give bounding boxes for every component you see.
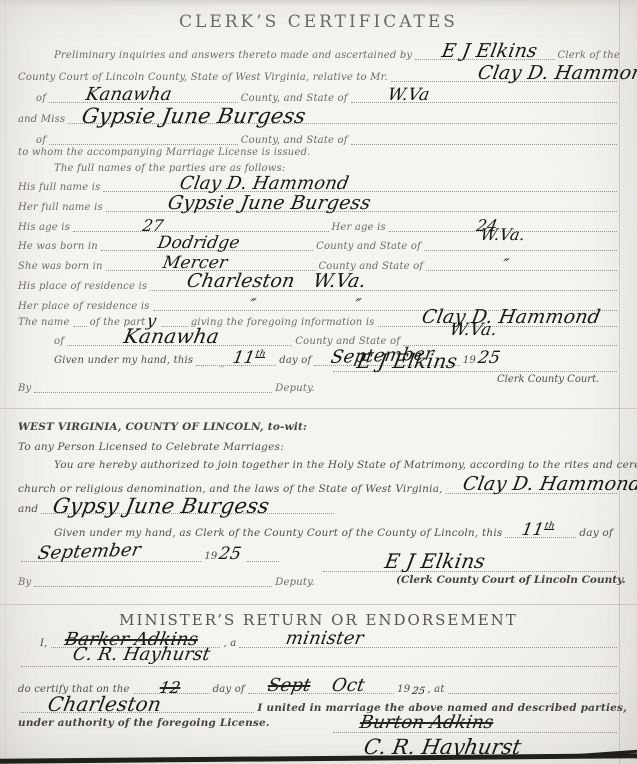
line-her-full-name: Her full name is Gypsie June Burgess	[18, 197, 620, 214]
blank-he-born-state: W.Va.	[424, 236, 617, 251]
line-authorized-1: You are hereby authorized to join togeth…	[54, 459, 620, 472]
clerks-certificates-title: CLERK’S CERTIFICATES	[0, 12, 637, 32]
blank-bride-state	[351, 130, 617, 145]
handwriting-bride-name-2: Gypsy June Burgess	[51, 494, 271, 518]
printed-by: By	[18, 383, 31, 396]
handwriting-informant-name: Clay D. Hammond	[420, 307, 602, 329]
page-edge-bottom	[0, 753, 637, 764]
line-informant: The name of the part y giving the forego…	[18, 311, 620, 329]
printed-and: and	[18, 503, 38, 516]
printed-19: 19	[397, 684, 410, 697]
signature-clerk: E J Elkins	[355, 350, 459, 373]
section-divider	[0, 604, 637, 605]
printed-her-age: Her age is	[332, 222, 386, 235]
printed-county-state-of: County and State of	[316, 241, 421, 254]
blank-minister-title: minister	[239, 633, 617, 648]
blank-small	[448, 679, 617, 694]
blank-his-age: 27	[73, 217, 328, 232]
blank-small	[73, 312, 87, 327]
line-preliminary: Preliminary inquiries and answers theret…	[54, 45, 620, 62]
printed-clerk-of-the: Clerk of the	[558, 50, 620, 63]
handwriting-his-residence: Charleston W.Va.	[185, 271, 368, 293]
handwriting-minister-title: minister	[284, 629, 365, 650]
line-and-bride-2: and Gypsy June Burgess	[18, 499, 337, 516]
blank-her-full-name: Gypsie June Burgess	[106, 197, 617, 212]
handwriting-informant-county: Kanawha	[122, 325, 221, 348]
blank-small	[247, 547, 279, 562]
line-to-any-person: To any Person Licensed to Celebrate Marr…	[18, 441, 284, 454]
blank-informant-county: Kanawha	[67, 331, 292, 346]
printed-clerk-lincoln-county: (Clerk County Court of Lincoln County.	[396, 574, 626, 586]
handwriting-informant-state: W.Va.	[448, 321, 499, 341]
blank-bride-county	[49, 130, 238, 145]
blank-clerk-signature: E J Elkins	[333, 357, 617, 372]
day-number: 11	[521, 520, 547, 540]
printed-to-any-person: To any Person Licensed to Celebrate Marr…	[18, 441, 284, 454]
printed-given-under-hand: Given under my hand, this	[54, 355, 193, 368]
line-informant-county: of Kanawha County and State of W.Va.	[54, 331, 620, 348]
scanned-marriage-certificate: CLERK’S CERTIFICATES Preliminary inquiri…	[0, 0, 637, 764]
line-clerk-signature-2: E J Elkins	[320, 557, 620, 574]
printed-day-of: day of	[279, 355, 311, 368]
line-wv-heading: WEST VIRGINIA, COUNTY OF LINCOLN, to-wit…	[18, 421, 307, 434]
line-ages: His age is 27 Her age is 24	[18, 217, 620, 234]
signature-minister-struck: Burton Adkins	[358, 713, 495, 734]
blank-groom-name: Clay D. Hammond	[391, 67, 617, 82]
handwriting-he-born-county: Dodridge	[156, 234, 241, 254]
line-by-deputy: By Deputy.	[18, 378, 315, 395]
handwriting-groom-name-2: Clay D. Hammond	[461, 474, 637, 496]
blank-his-full-name: Clay D. Hammond	[103, 177, 617, 192]
printed-given-as-clerk: Given under my hand, as Clerk of the Cou…	[54, 527, 502, 540]
printed-he-born: He was born in	[18, 241, 98, 254]
printed-i: I,	[40, 638, 48, 651]
line-marriage-place: Charleston I united in marriage the abov…	[18, 698, 627, 715]
blank-his-residence: Charleston W.Va.	[150, 276, 617, 291]
printed-the-name: The name	[18, 317, 70, 330]
printed-at: , at	[427, 684, 444, 697]
handwriting-day-2: 11th	[520, 521, 556, 541]
blank-he-born: Dodridge	[101, 236, 313, 251]
printed-his-age: His age is	[18, 222, 70, 235]
blank-groom-name-2: Clay D. Hammond	[446, 479, 617, 494]
printed-a: , a	[223, 638, 236, 651]
line-his-residence: His place of residence is Charleston W.V…	[18, 276, 620, 293]
blank-clerk-name: E J Elkins	[415, 45, 554, 60]
printed-license-issued: to whom the accompanying Marriage Licens…	[18, 147, 311, 160]
printed-his-residence: His place of residence is	[18, 281, 147, 294]
handwriting-marriage-month: Oct	[330, 676, 366, 697]
printed-of: of	[54, 336, 64, 349]
handwriting-marriage-month-struck: Sept	[266, 676, 312, 697]
handwriting-minister-name-corrected: C. R. Hayhurst	[71, 645, 212, 666]
printed-his-full-name: His full name is	[18, 182, 100, 195]
printed-under-authority: under authority of the foregoing License…	[18, 717, 270, 730]
handwriting-ditto-state: ″	[501, 256, 510, 274]
page-edge-left	[5, 0, 6, 764]
blank-marriage-place: Charleston	[21, 698, 254, 713]
printed-wv-lincoln-heading: WEST VIRGINIA, COUNTY OF LINCOLN, to-wit…	[18, 421, 307, 434]
handwriting-clerk-name: E J Elkins	[440, 41, 539, 63]
blank-deputy-2	[34, 572, 272, 587]
blank-month-2: September	[21, 547, 201, 562]
blank-she-born: Mercer	[106, 256, 316, 271]
printed-and-miss: and Miss	[18, 114, 65, 127]
line-groom-county: of Kanawha County, and State of W.Va	[36, 88, 620, 105]
line-minister-signature-struck: Burton Adkins	[330, 718, 620, 735]
line-he-born: He was born in Dodridge County and State…	[18, 236, 620, 253]
printed-deputy: Deputy.	[275, 577, 315, 590]
printed-county-court: County Court of Lincoln County, State of…	[18, 72, 388, 85]
printed-authorized-text: You are hereby authorized to join togeth…	[54, 459, 637, 472]
printed-by: By	[18, 577, 31, 590]
blank-full-width: C. R. Hayhurst	[21, 652, 617, 667]
ministers-return-title: MINISTER’S RETURN OR ENDORSEMENT	[0, 611, 637, 629]
blank-bride-name-2: Gypsy June Burgess	[41, 499, 334, 514]
blank-minister-signature: Burton Adkins	[333, 718, 617, 733]
printed-deputy: Deputy.	[275, 383, 315, 396]
section-divider	[0, 408, 637, 409]
line-given-clerk: Given under my hand, as Clerk of the Cou…	[54, 523, 613, 540]
printed-19: 19	[204, 551, 217, 564]
page-edge-right	[619, 0, 620, 764]
handwriting-her-full-name: Gypsie June Burgess	[166, 193, 372, 215]
blank-marriage-month: Sept Oct	[248, 679, 394, 694]
handwriting-year-2: 25	[218, 545, 243, 565]
printed-of: of	[36, 135, 46, 148]
line-bride-county: of County, and State of	[36, 130, 620, 147]
blank-deputy	[34, 378, 272, 393]
printed-of: of	[36, 93, 46, 106]
blank-clerk-signature-2: E J Elkins	[323, 557, 617, 572]
handwriting-groom-state: W.Va	[386, 86, 431, 106]
day-suffix: th	[544, 521, 556, 532]
handwriting-he-born-state: W.Va.	[479, 226, 527, 244]
signature-clerk-2: E J Elkins	[383, 550, 487, 573]
line-clerk-signature: E J Elkins	[330, 357, 620, 374]
handwriting-groom-name: Clay D. Hammond	[476, 63, 637, 85]
line-minister-name-corrected: C. R. Hayhurst	[18, 652, 620, 669]
blank-bride-name: Gypsie June Burgess	[68, 109, 617, 124]
blank-day-2: 11th	[505, 523, 576, 538]
printed-she-born: She was born in	[18, 261, 103, 274]
handwriting-bride-name: Gypsie June Burgess	[80, 104, 308, 128]
pencil-marks: · – ·	[200, 360, 250, 373]
line-by-deputy-2: By Deputy.	[18, 572, 315, 589]
printed-county-state-of: County, and State of	[241, 135, 348, 148]
blank-she-born-state: ″	[426, 256, 617, 271]
printed-her-full-name: Her full name is	[18, 202, 103, 215]
printed-ascertained-by: Preliminary inquiries and answers theret…	[54, 50, 412, 63]
printed-day-of: day of	[213, 684, 245, 697]
blank-groom-county: Kanawha	[49, 88, 238, 103]
line-license-issued: to whom the accompanying Marriage Licens…	[18, 147, 311, 160]
line-under-authority: under authority of the foregoing License…	[18, 717, 270, 730]
day-suffix: th	[255, 348, 267, 359]
printed-clerk-county-court: Clerk County Court.	[497, 374, 599, 385]
handwriting-marriage-place: Charleston	[46, 693, 163, 716]
handwriting-marriage-year: 25	[411, 686, 426, 698]
line-relative-to-mr: County Court of Lincoln County, State of…	[18, 67, 620, 84]
blank-groom-state: W.Va	[351, 88, 617, 103]
line-month-year-2: September 19 25	[18, 544, 282, 564]
handwriting-month-2: September	[36, 540, 142, 564]
printed-day-of: day of	[579, 527, 613, 540]
handwriting-groom-county: Kanawha	[84, 85, 173, 106]
line-and-miss: and Miss Gypsie June Burgess	[18, 109, 620, 126]
